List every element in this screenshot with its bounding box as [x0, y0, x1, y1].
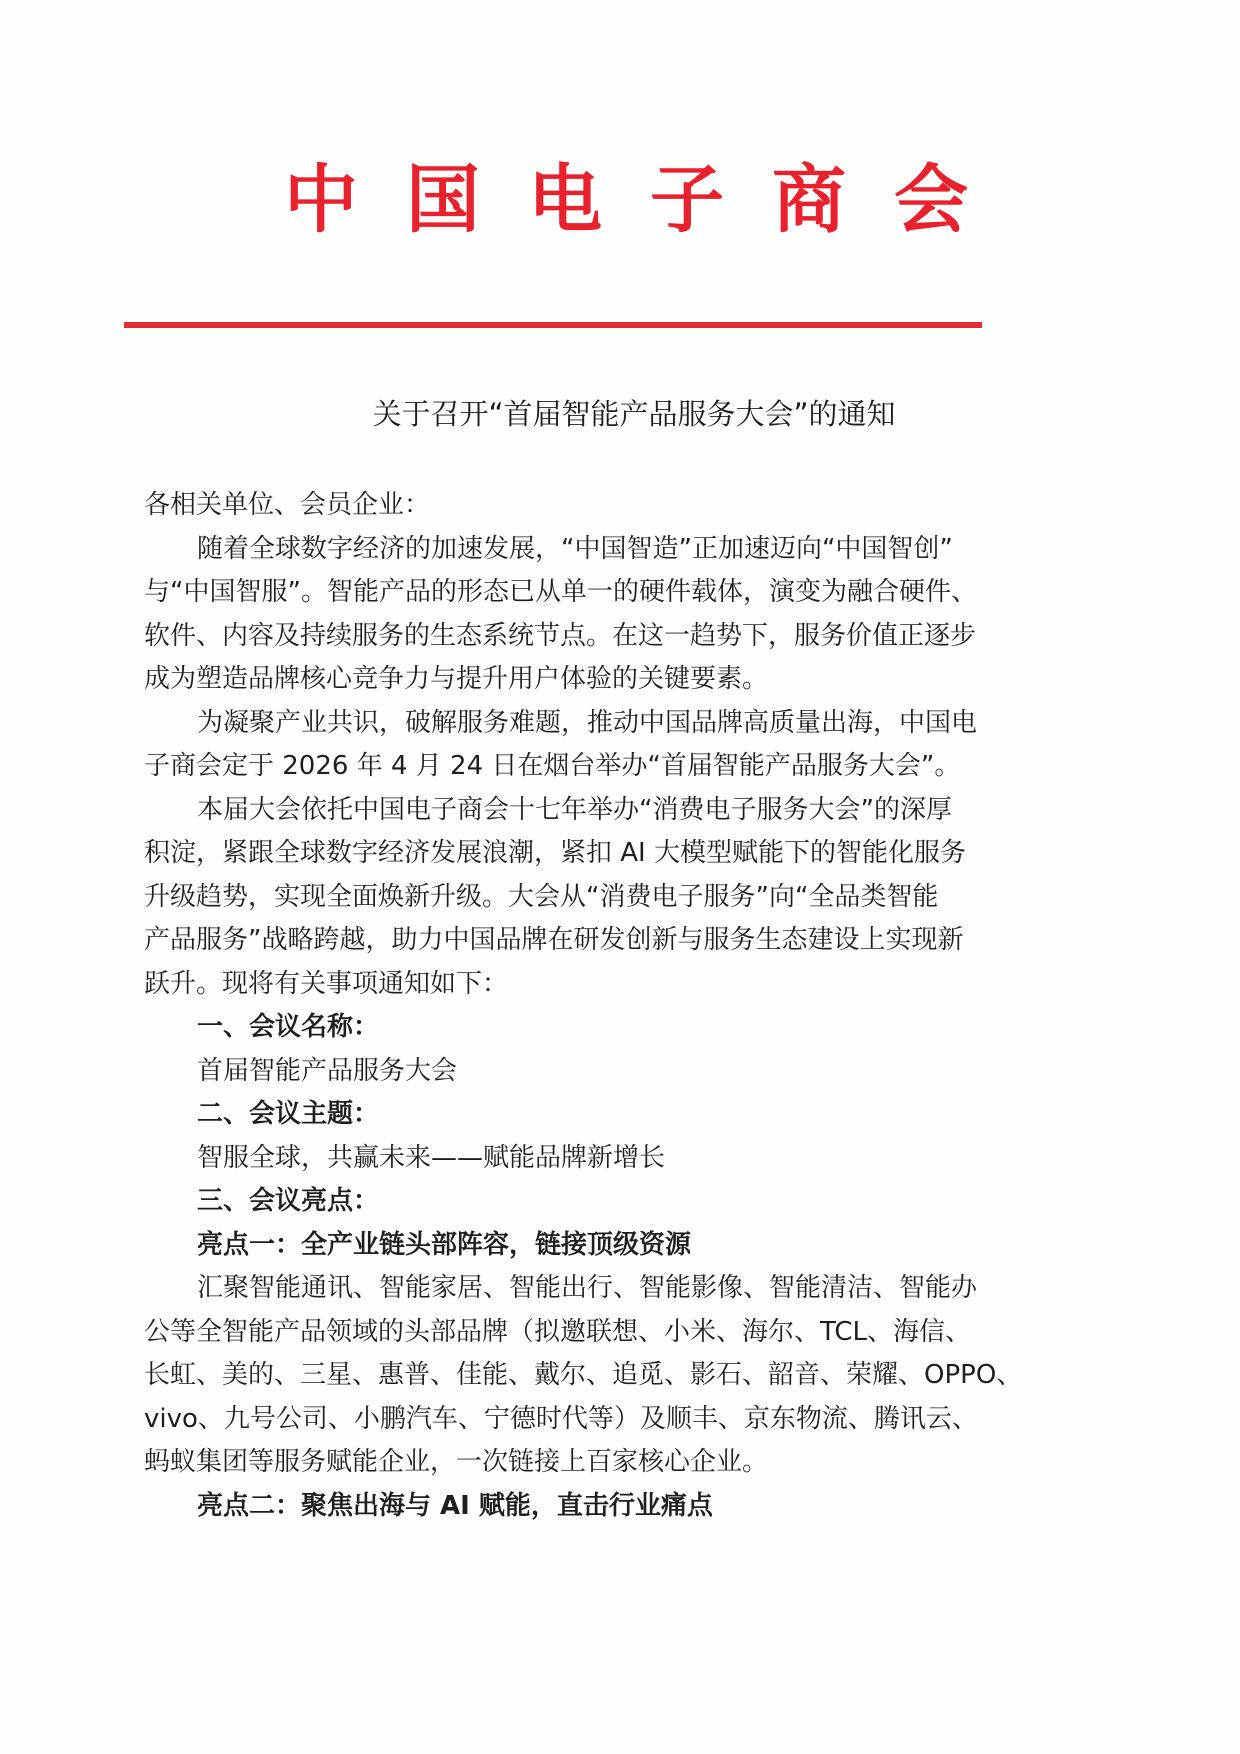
letterhead-red-rule	[124, 322, 982, 328]
highlight-1-heading: 亮点一：全产业链头部阵容，链接顶级资源	[144, 1224, 968, 1268]
paragraph-2-line-1: 为凝聚产业共识，破解服务难题，推动中国品牌高质量出海，中国电	[144, 702, 968, 746]
highlight-1-line-1: 汇聚智能通讯、智能家居、智能出行、智能影像、智能清洁、智能办	[144, 1267, 968, 1311]
paragraph-3-line-1: 本届大会依托中国电子商会十七年举办“消费电子服务大会”的深厚	[144, 789, 968, 833]
paragraph-3-line-4: 产品服务”战略跨越，助力中国品牌在研发创新与服务生态建设上实现新	[144, 919, 968, 963]
document-title: 关于召开“首届智能产品服务大会”的通知	[0, 392, 1240, 436]
document-body: 各相关单位、会员企业： 随着全球数字经济的加速发展，“中国智造”正加速迈向“中国…	[144, 484, 968, 1528]
paragraph-1-line-1: 随着全球数字经济的加速发展，“中国智造”正加速迈向“中国智创”	[144, 528, 968, 572]
paragraph-1-line-3: 软件、内容及持续服务的生态系统节点。在这一趋势下，服务价值正逐步	[144, 615, 968, 659]
paragraph-3-line-5: 跃升。现将有关事项通知如下：	[144, 963, 968, 1007]
highlight-2-heading: 亮点二：聚焦出海与 AI 赋能，直击行业痛点	[144, 1485, 968, 1529]
paragraph-3-line-2: 积淀，紧跟全球数字经济发展浪潮，紧扣 AI 大模型赋能下的智能化服务	[144, 832, 968, 876]
section-heading-name: 一、会议名称：	[144, 1006, 968, 1050]
section-heading-theme: 二、会议主题：	[144, 1093, 968, 1137]
highlight-1-line-5: 蚂蚁集团等服务赋能企业，一次链接上百家核心企业。	[144, 1441, 968, 1485]
paragraph-3-line-3: 升级趋势，实现全面焕新升级。大会从“消费电子服务”向“全品类智能	[144, 876, 968, 920]
salutation: 各相关单位、会员企业：	[144, 484, 968, 528]
paragraph-2-line-2: 子商会定于 2026 年 4 月 24 日在烟台举办“首届智能产品服务大会”。	[144, 745, 968, 789]
document-page: 中国电子商会 关于召开“首届智能产品服务大会”的通知 各相关单位、会员企业： 随…	[0, 0, 1240, 1754]
section-content-theme: 智服全球，共赢未来——赋能品牌新增长	[144, 1137, 968, 1181]
section-content-name: 首届智能产品服务大会	[144, 1050, 968, 1094]
section-heading-highlights: 三、会议亮点：	[144, 1180, 968, 1224]
paragraph-1-line-2: 与“中国智服”。智能产品的形态已从单一的硬件载体，演变为融合硬件、	[144, 571, 968, 615]
highlight-1-line-3: 长虹、美的、三星、惠普、佳能、戴尔、追觅、影石、韶音、荣耀、OPPO、	[144, 1354, 968, 1398]
highlight-1-line-2: 公等全智能产品领域的头部品牌（拟邀联想、小米、海尔、TCL、海信、	[144, 1311, 968, 1355]
paragraph-1-line-4: 成为塑造品牌核心竞争力与提升用户体验的关键要素。	[144, 658, 968, 702]
letterhead-org-name: 中国电子商会	[0, 150, 1240, 250]
highlight-1-line-4: vivo、九号公司、小鹏汽车、宁德时代等）及顺丰、京东物流、腾讯云、	[144, 1398, 968, 1442]
